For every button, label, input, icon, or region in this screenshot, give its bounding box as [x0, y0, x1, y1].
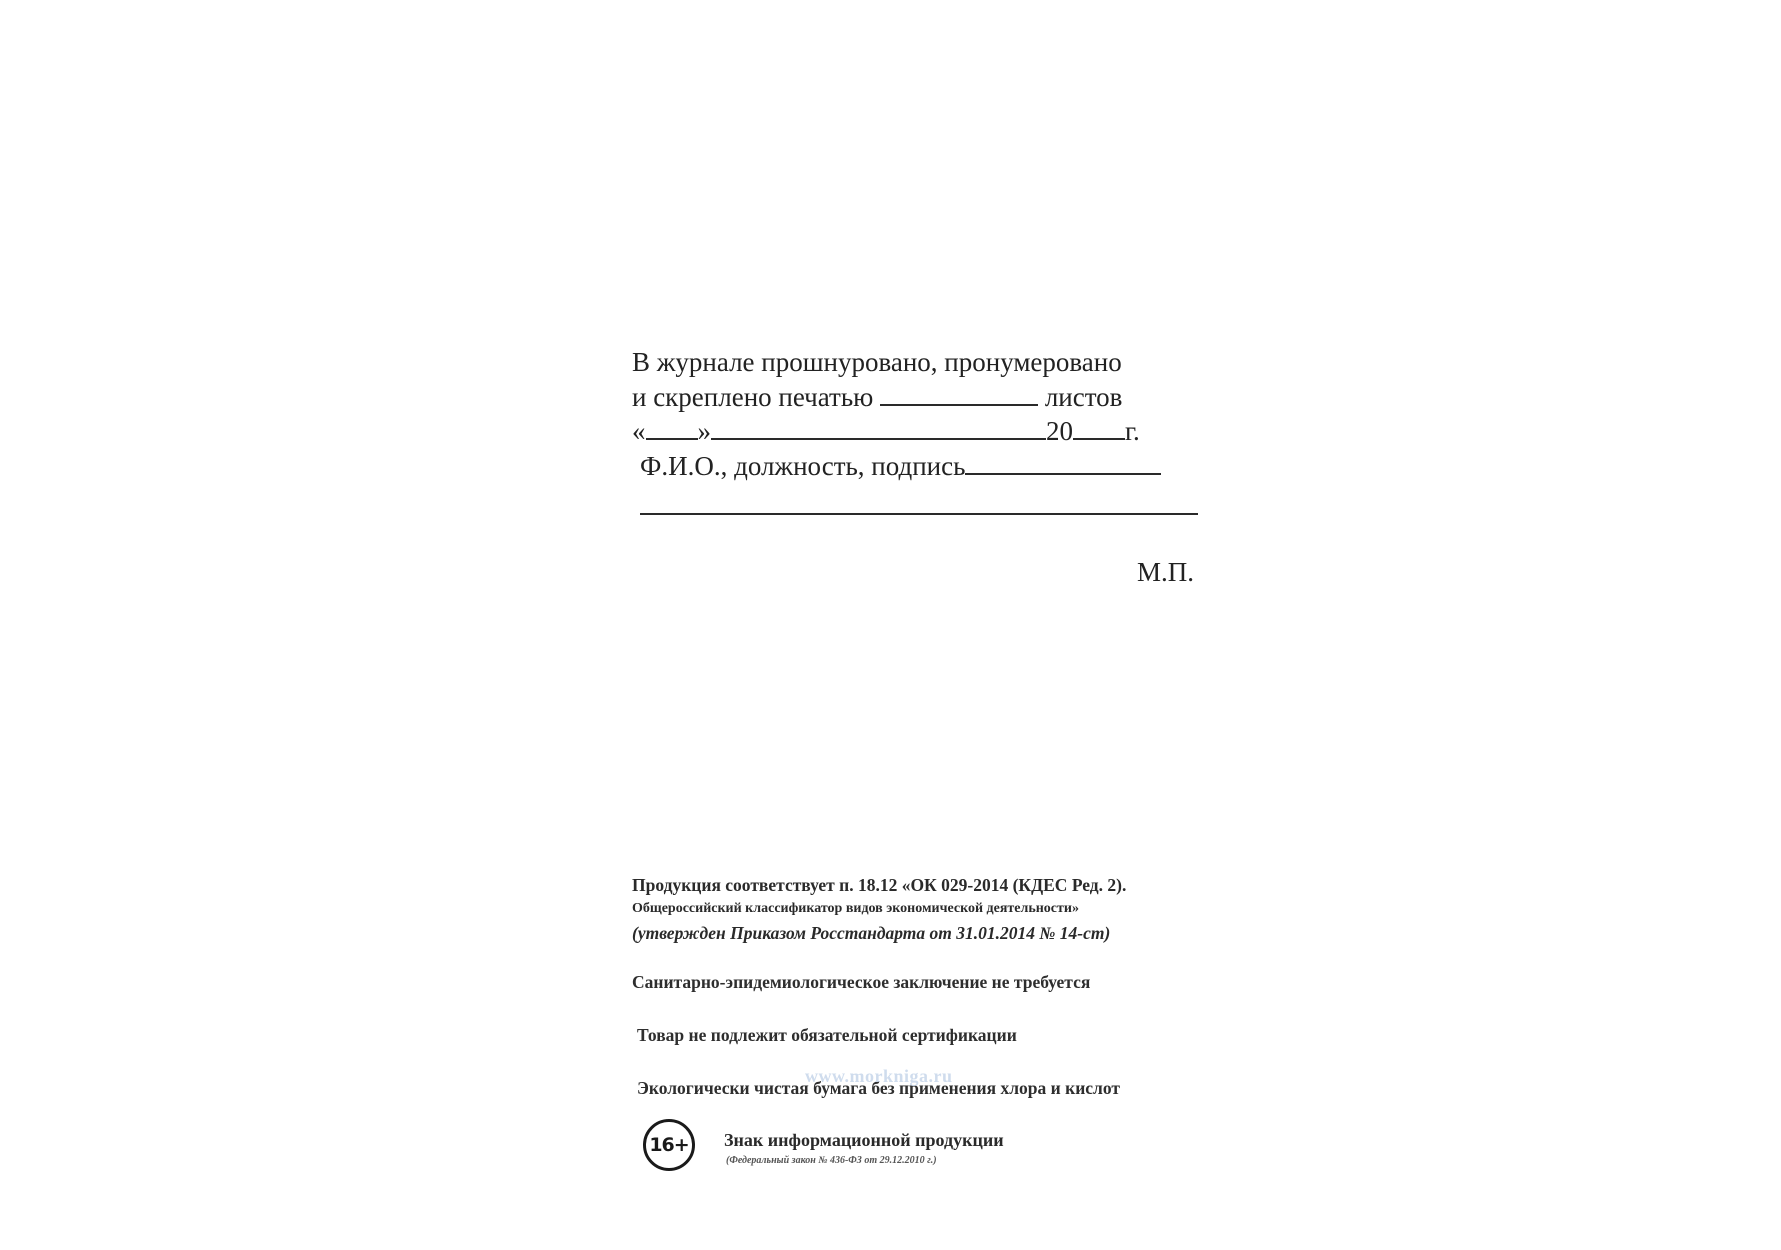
signature-continuation-line[interactable] [640, 513, 1198, 515]
signature-label: Ф.И.О., должность, подпись [640, 451, 965, 481]
info-product-law: (Федеральный закон № 436-ФЗ от 29.12.201… [726, 1155, 937, 1166]
compliance-line-2: Общероссийский классификатор видов эконо… [632, 898, 1222, 920]
binding-line-4: Ф.И.О., должность, подпись [632, 449, 1202, 484]
binding-statement: В журнале прошнуровано, пронумеровано и … [632, 345, 1202, 483]
year-prefix: 20 [1046, 416, 1073, 446]
binding-text-1: В журнале прошнуровано, пронумеровано [632, 347, 1122, 377]
age-rating-16-plus-icon: 16+ [643, 1119, 695, 1171]
watermark: www.morkniga.ru [805, 1066, 953, 1087]
document-page: В журнале прошнуровано, пронумеровано и … [0, 0, 1781, 1250]
compliance-block: Продукция соответствует п. 18.12 «ОК 029… [632, 872, 1222, 946]
sanitary-note: Санитарно-эпидемиологическое заключение … [632, 972, 1090, 993]
binding-line-3-date: «»20г. [632, 414, 1202, 449]
certification-note: Товар не подлежит обязательной сертифика… [637, 1025, 1017, 1046]
compliance-line-1: Продукция соответствует п. 18.12 «ОК 029… [632, 872, 1222, 898]
signature-field[interactable] [965, 451, 1161, 475]
compliance-line-3: (утвержден Приказом Росстандарта от 31.0… [632, 920, 1222, 946]
close-quote: » [698, 416, 712, 446]
year-field[interactable] [1073, 416, 1125, 440]
sheet-count-field[interactable] [880, 382, 1038, 406]
stamp-place-label: М.П. [1137, 557, 1194, 588]
month-field[interactable] [711, 416, 1046, 440]
sheets-label: листов [1045, 382, 1123, 412]
year-suffix: г. [1125, 416, 1140, 446]
binding-line-1: В журнале прошнуровано, пронумеровано [632, 345, 1202, 380]
day-field[interactable] [646, 416, 698, 440]
binding-line-2: и скреплено печатью листов [632, 380, 1202, 415]
binding-text-2: и скреплено печатью [632, 382, 873, 412]
info-product-title: Знак информационной продукции [724, 1130, 1004, 1151]
open-quote: « [632, 416, 646, 446]
